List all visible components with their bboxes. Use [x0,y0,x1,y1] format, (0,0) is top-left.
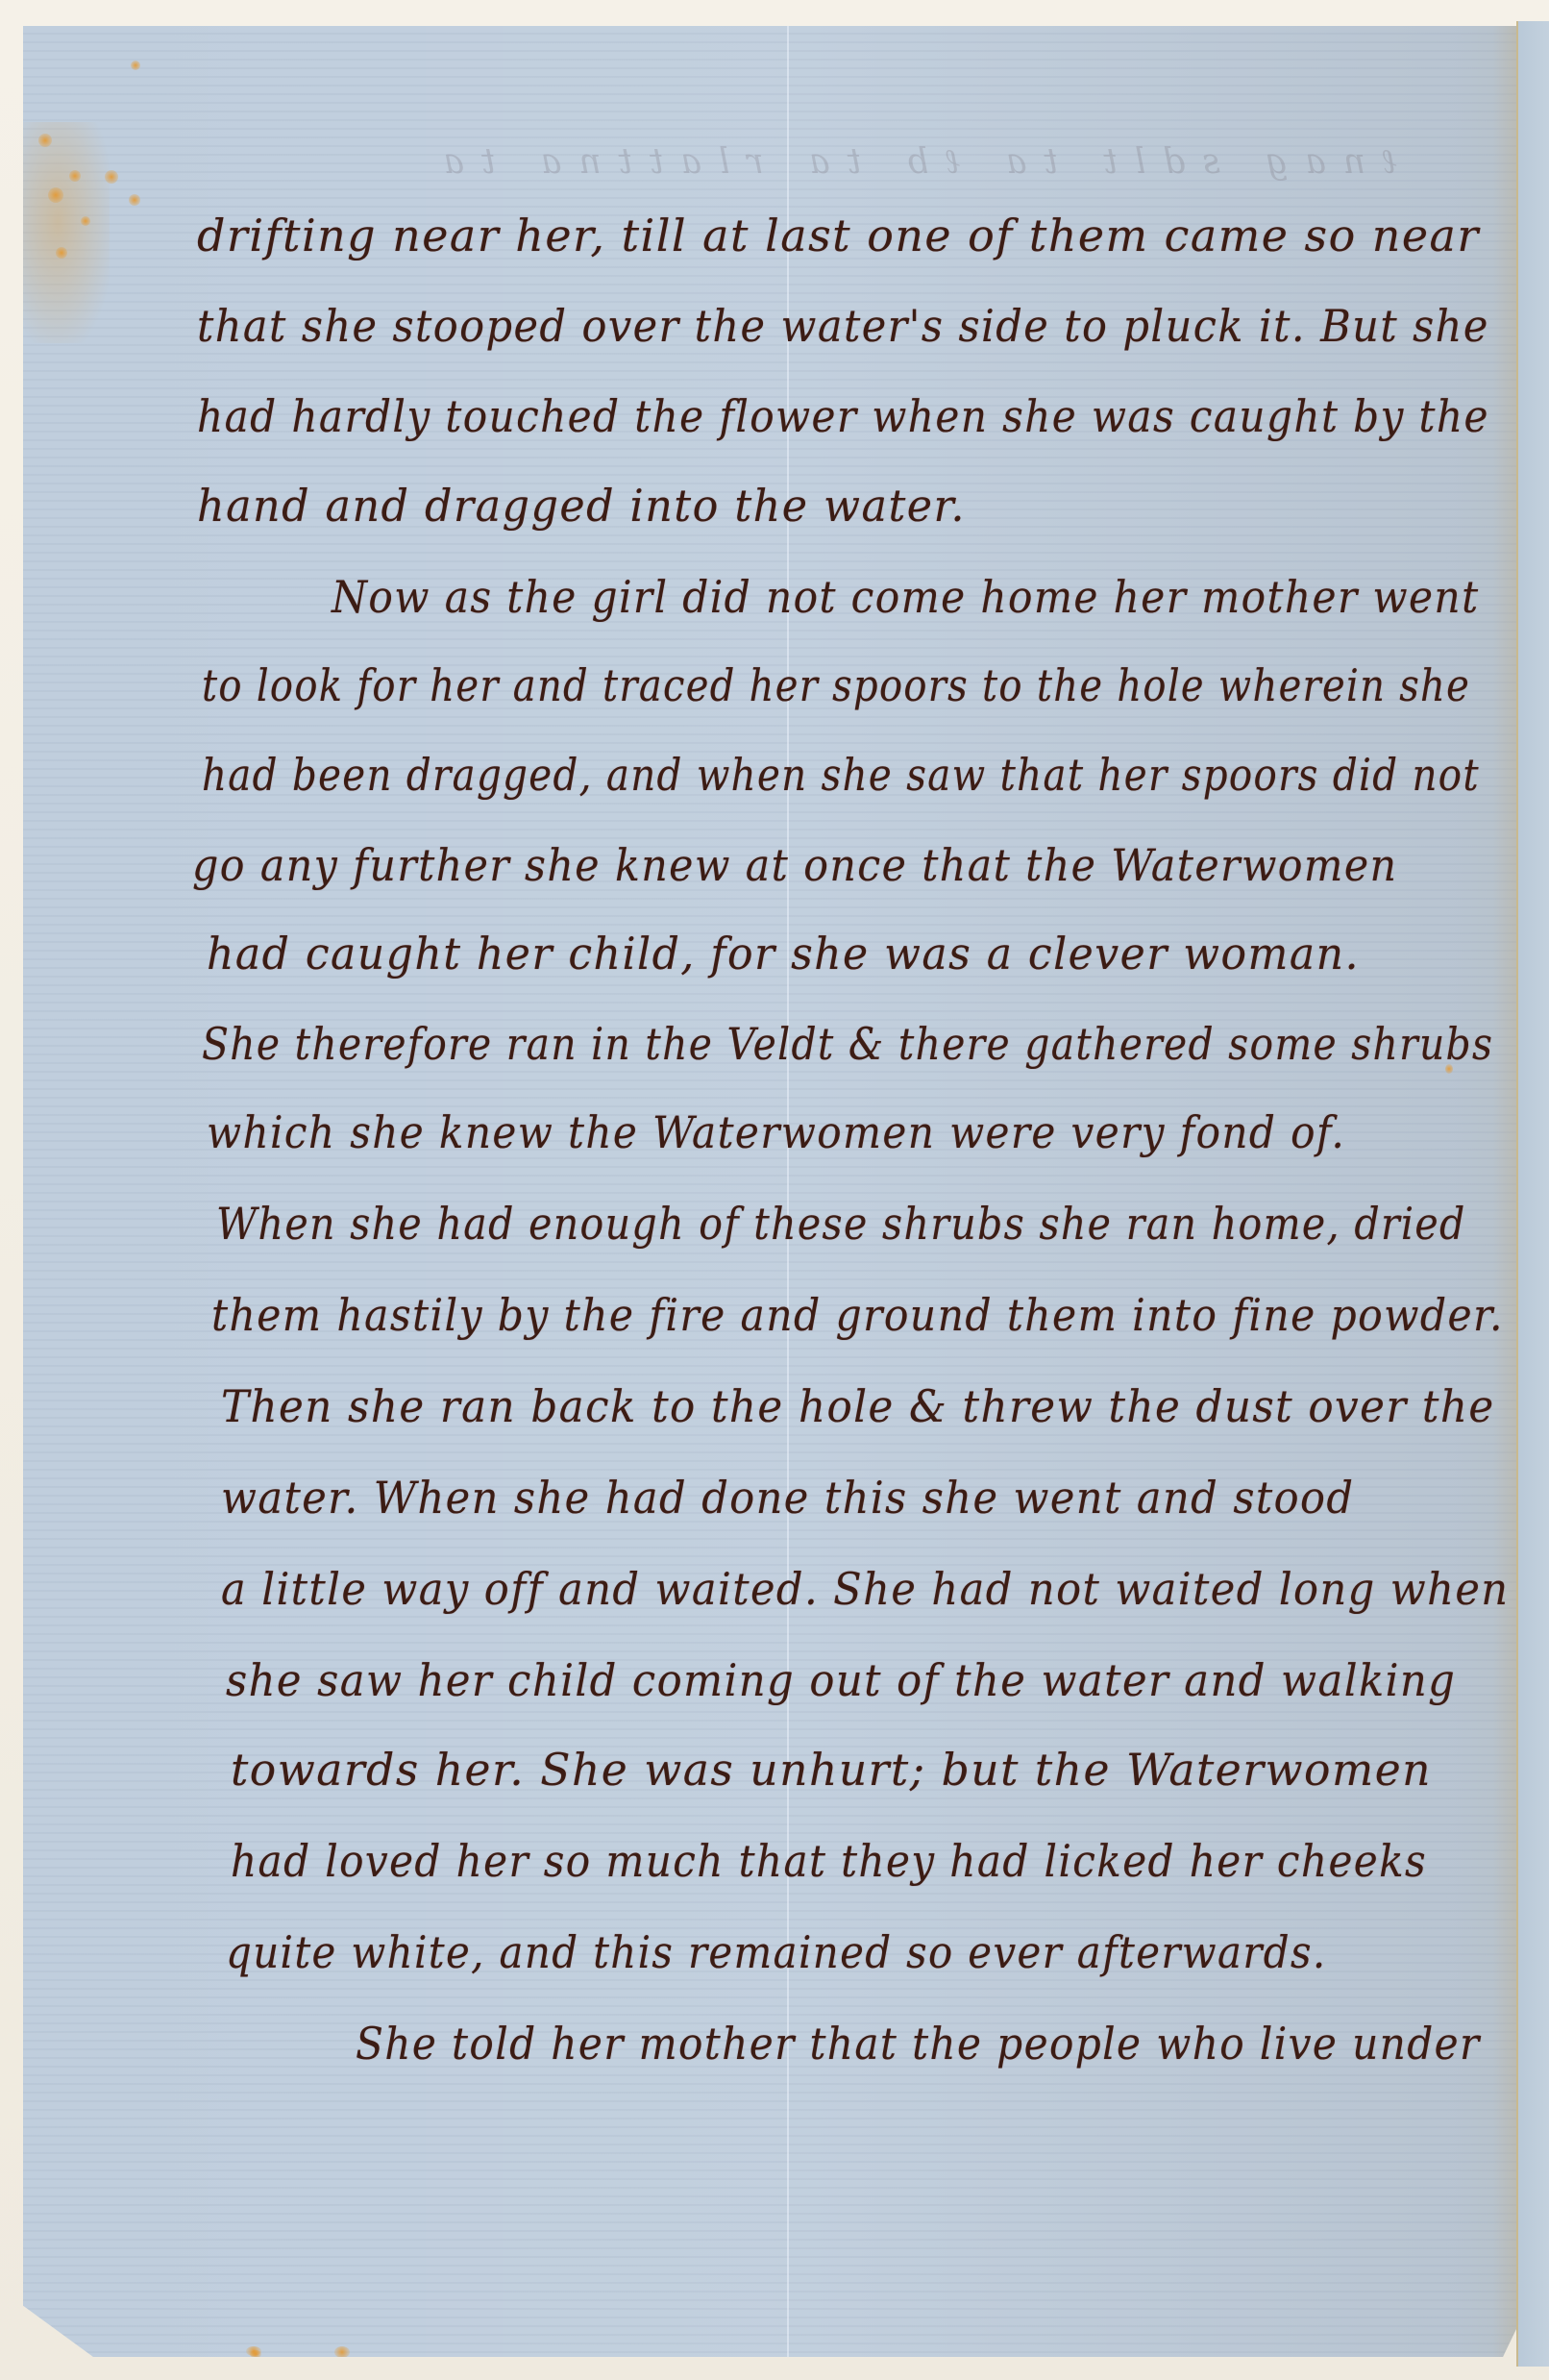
manuscript-line: to look for her and traced her spoors to… [202,663,1470,707]
manuscript-line: a little way off and waited. She had not… [221,1567,1509,1611]
manuscript-line: She therefore ran in the Veldt & there g… [202,1022,1493,1066]
manuscript-line: had hardly touched the flower when she w… [197,394,1489,438]
manuscript-line: them hastily by the fire and ground them… [211,1293,1504,1337]
manuscript-line: towards her. She was unhurt; but the Wat… [231,1748,1432,1792]
manuscript-line: Now as the girl did not come home her mo… [332,575,1479,619]
manuscript-line: drifting near her, till at last one of t… [197,213,1480,258]
manuscript-line: that she stooped over the water's side t… [197,304,1489,348]
manuscript-line: had caught her child, for she was a clev… [207,931,1360,976]
manuscript-line: go any further she knew at once that the… [192,843,1397,887]
manuscript-line: she saw her child coming out of the wate… [226,1658,1456,1702]
manuscript-line: water. When she had done this she went a… [221,1475,1354,1520]
manuscript-line: had loved her so much that they had lick… [231,1839,1427,1883]
manuscript-line: hand and dragged into the water. [197,483,966,528]
manuscript-line: which she knew the Waterwomen were very … [207,1110,1345,1154]
manuscript-line: quite white, and this remained so ever a… [226,1930,1327,1974]
manuscript-line: When she had enough of these shrubs she … [216,1202,1466,1246]
handwritten-text-body: drifting near her, till at last one of t… [0,0,1549,2380]
manuscript-line: Then she ran back to the hole & threw th… [221,1384,1495,1428]
manuscript-line: had been dragged, and when she saw that … [202,753,1480,797]
manuscript-line: She told her mother that the people who … [356,2021,1481,2066]
